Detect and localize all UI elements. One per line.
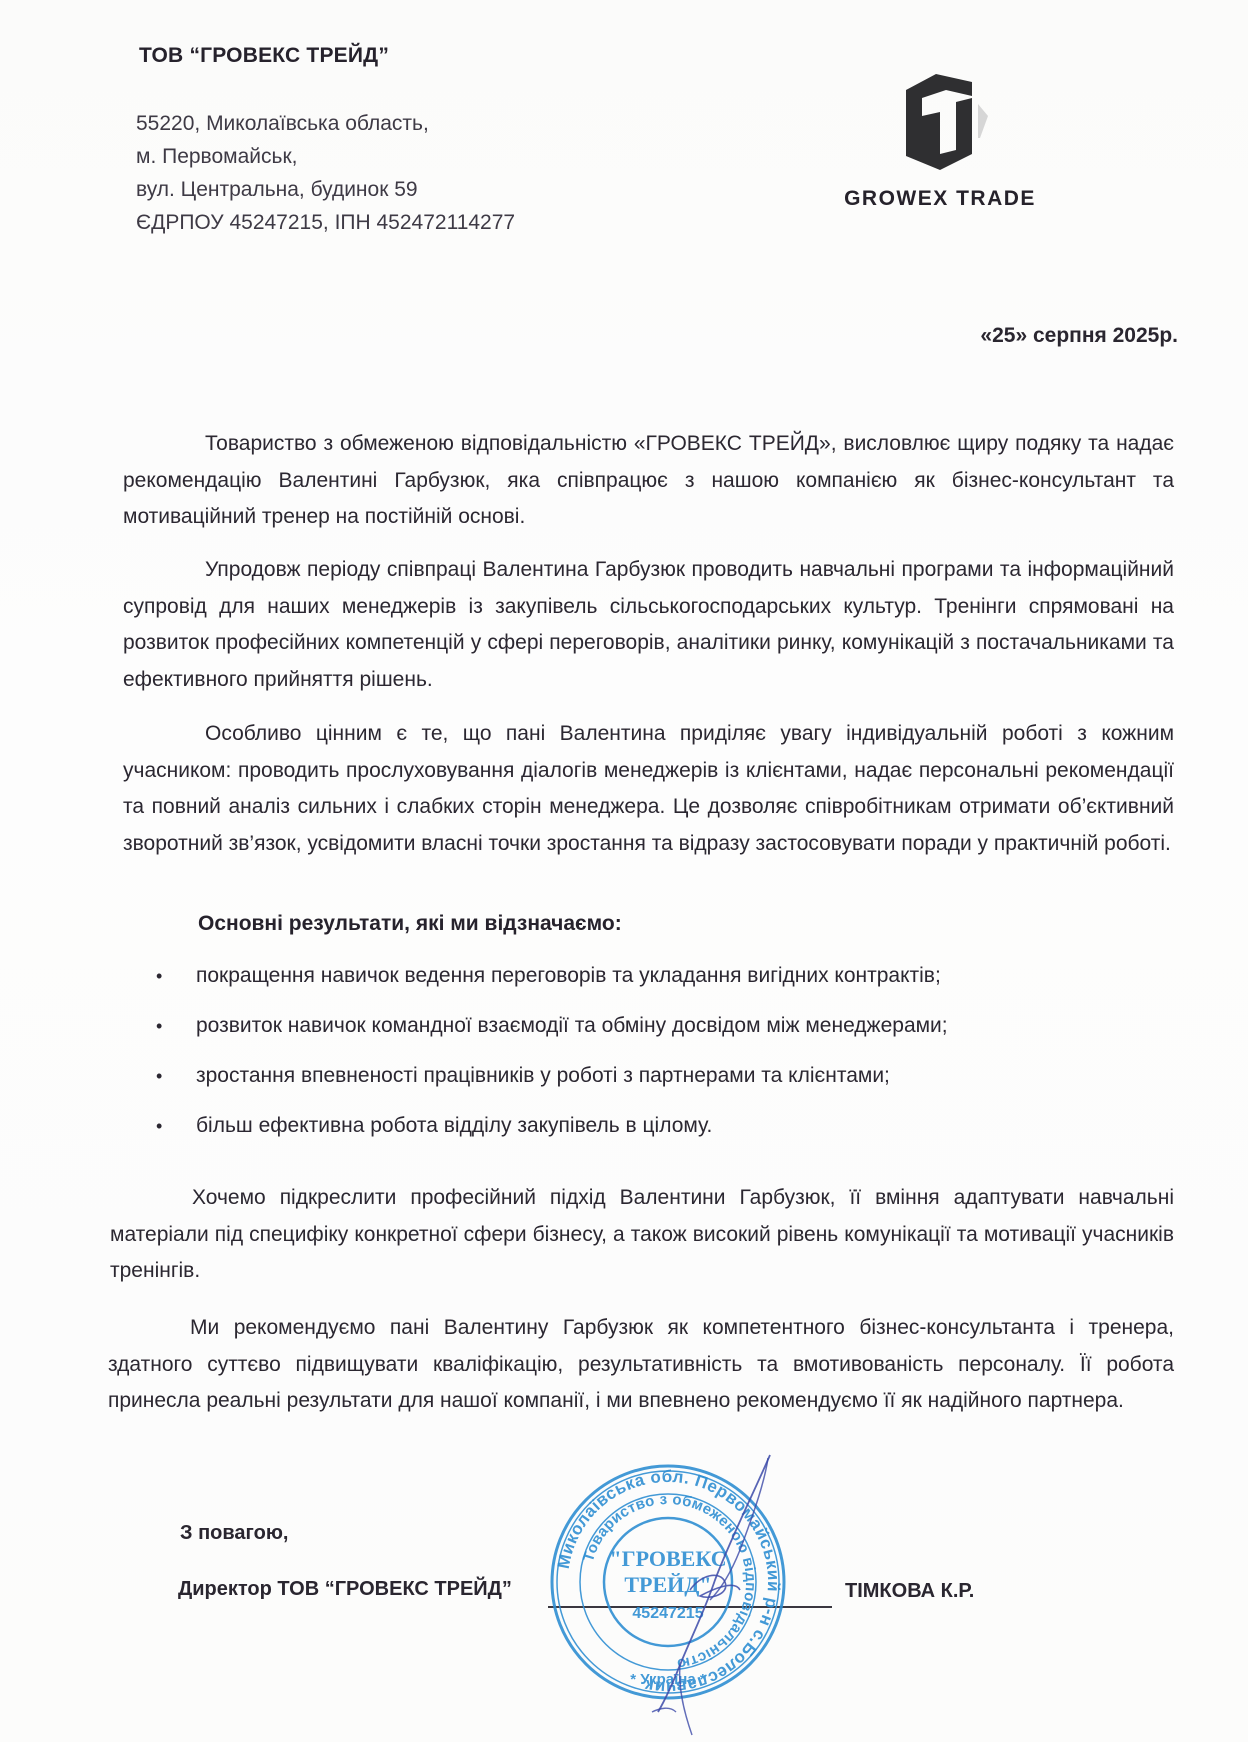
bullet-icon: • (156, 1108, 162, 1144)
bullet-icon: • (156, 958, 162, 994)
company-name: ТОВ “ГРОВЕКС ТРЕЙД” (139, 44, 389, 68)
list-item-text: більш ефективна робота відділу закупівел… (196, 1114, 712, 1137)
growex-hexagon-logo-icon (900, 72, 990, 172)
logo-wordmark: GROWEX TRADE (830, 187, 1050, 211)
list-item: • розвиток навичок командної взаємодії т… (156, 1008, 948, 1058)
address-line: вул. Центральна, будинок 59 (136, 173, 515, 206)
stamp-center-line1: "ГРОВЕКС (609, 1546, 726, 1571)
closing-salutation: З повагою, (180, 1522, 288, 1545)
results-list: • покращення навичок ведення переговорів… (156, 958, 948, 1158)
list-item: • більш ефективна робота відділу закупів… (156, 1108, 948, 1158)
paragraph-individual-work: Особливо цінним є те, що пані Валентина … (123, 716, 1174, 862)
company-address: 55220, Миколаївська область, м. Первомай… (136, 107, 515, 239)
paragraph-recommendation: Ми рекомендуємо пані Валентину Гарбузюк … (108, 1310, 1174, 1420)
results-heading: Основні результати, які ми відзначаємо: (198, 912, 622, 936)
paragraph-text: Товариство з обмеженою відповідальністю … (123, 426, 1174, 536)
paragraph-text: Упродовж періоду співпраці Валентина Гар… (123, 552, 1174, 698)
paragraph-intro: Товариство з обмеженою відповідальністю … (123, 426, 1174, 536)
list-item-text: зростання впевненості працівників у робо… (196, 1064, 890, 1087)
list-item: • покращення навичок ведення переговорів… (156, 958, 948, 1008)
signer-title: Директор ТОВ “ГРОВЕКС ТРЕЙД” (178, 1578, 512, 1601)
letter-date: «25» серпня 2025р. (980, 324, 1178, 348)
paragraph-text: Особливо цінним є те, що пані Валентина … (123, 716, 1174, 862)
paragraph-approach: Хочемо підкреслити професійний підхід Ва… (110, 1180, 1174, 1290)
bullet-icon: • (156, 1008, 162, 1044)
stamp-bottom-text: * Україна * (630, 1671, 706, 1688)
company-logo: GROWEX TRADE (830, 72, 1050, 222)
document-page: ТОВ “ГРОВЕКС ТРЕЙД” 55220, Миколаївська … (0, 0, 1248, 1742)
paragraph-text: Ми рекомендуємо пані Валентину Гарбузюк … (108, 1310, 1174, 1420)
paragraph-cooperation: Упродовж періоду співпраці Валентина Гар… (123, 552, 1174, 698)
company-stamp-icon: Миколаївська обл. Первомайський р-н с.Бо… (548, 1462, 788, 1702)
address-line: 55220, Миколаївська область, (136, 107, 515, 140)
list-item-text: розвиток навичок командної взаємодії та … (196, 1014, 948, 1037)
list-item-text: покращення навичок ведення переговорів т… (196, 964, 941, 987)
signer-name: ТІМКОВА К.Р. (845, 1580, 974, 1603)
address-line: м. Первомайськ, (136, 140, 515, 173)
stamp-code: 45247215 (632, 1605, 703, 1622)
list-item: • зростання впевненості працівників у ро… (156, 1058, 948, 1108)
bullet-icon: • (156, 1058, 162, 1094)
stamp-center-line2: ТРЕЙД" (624, 1572, 711, 1597)
company-codes: ЄДРПОУ 45247215, ІПН 452472114277 (136, 206, 515, 239)
paragraph-text: Хочемо підкреслити професійний підхід Ва… (110, 1180, 1174, 1290)
